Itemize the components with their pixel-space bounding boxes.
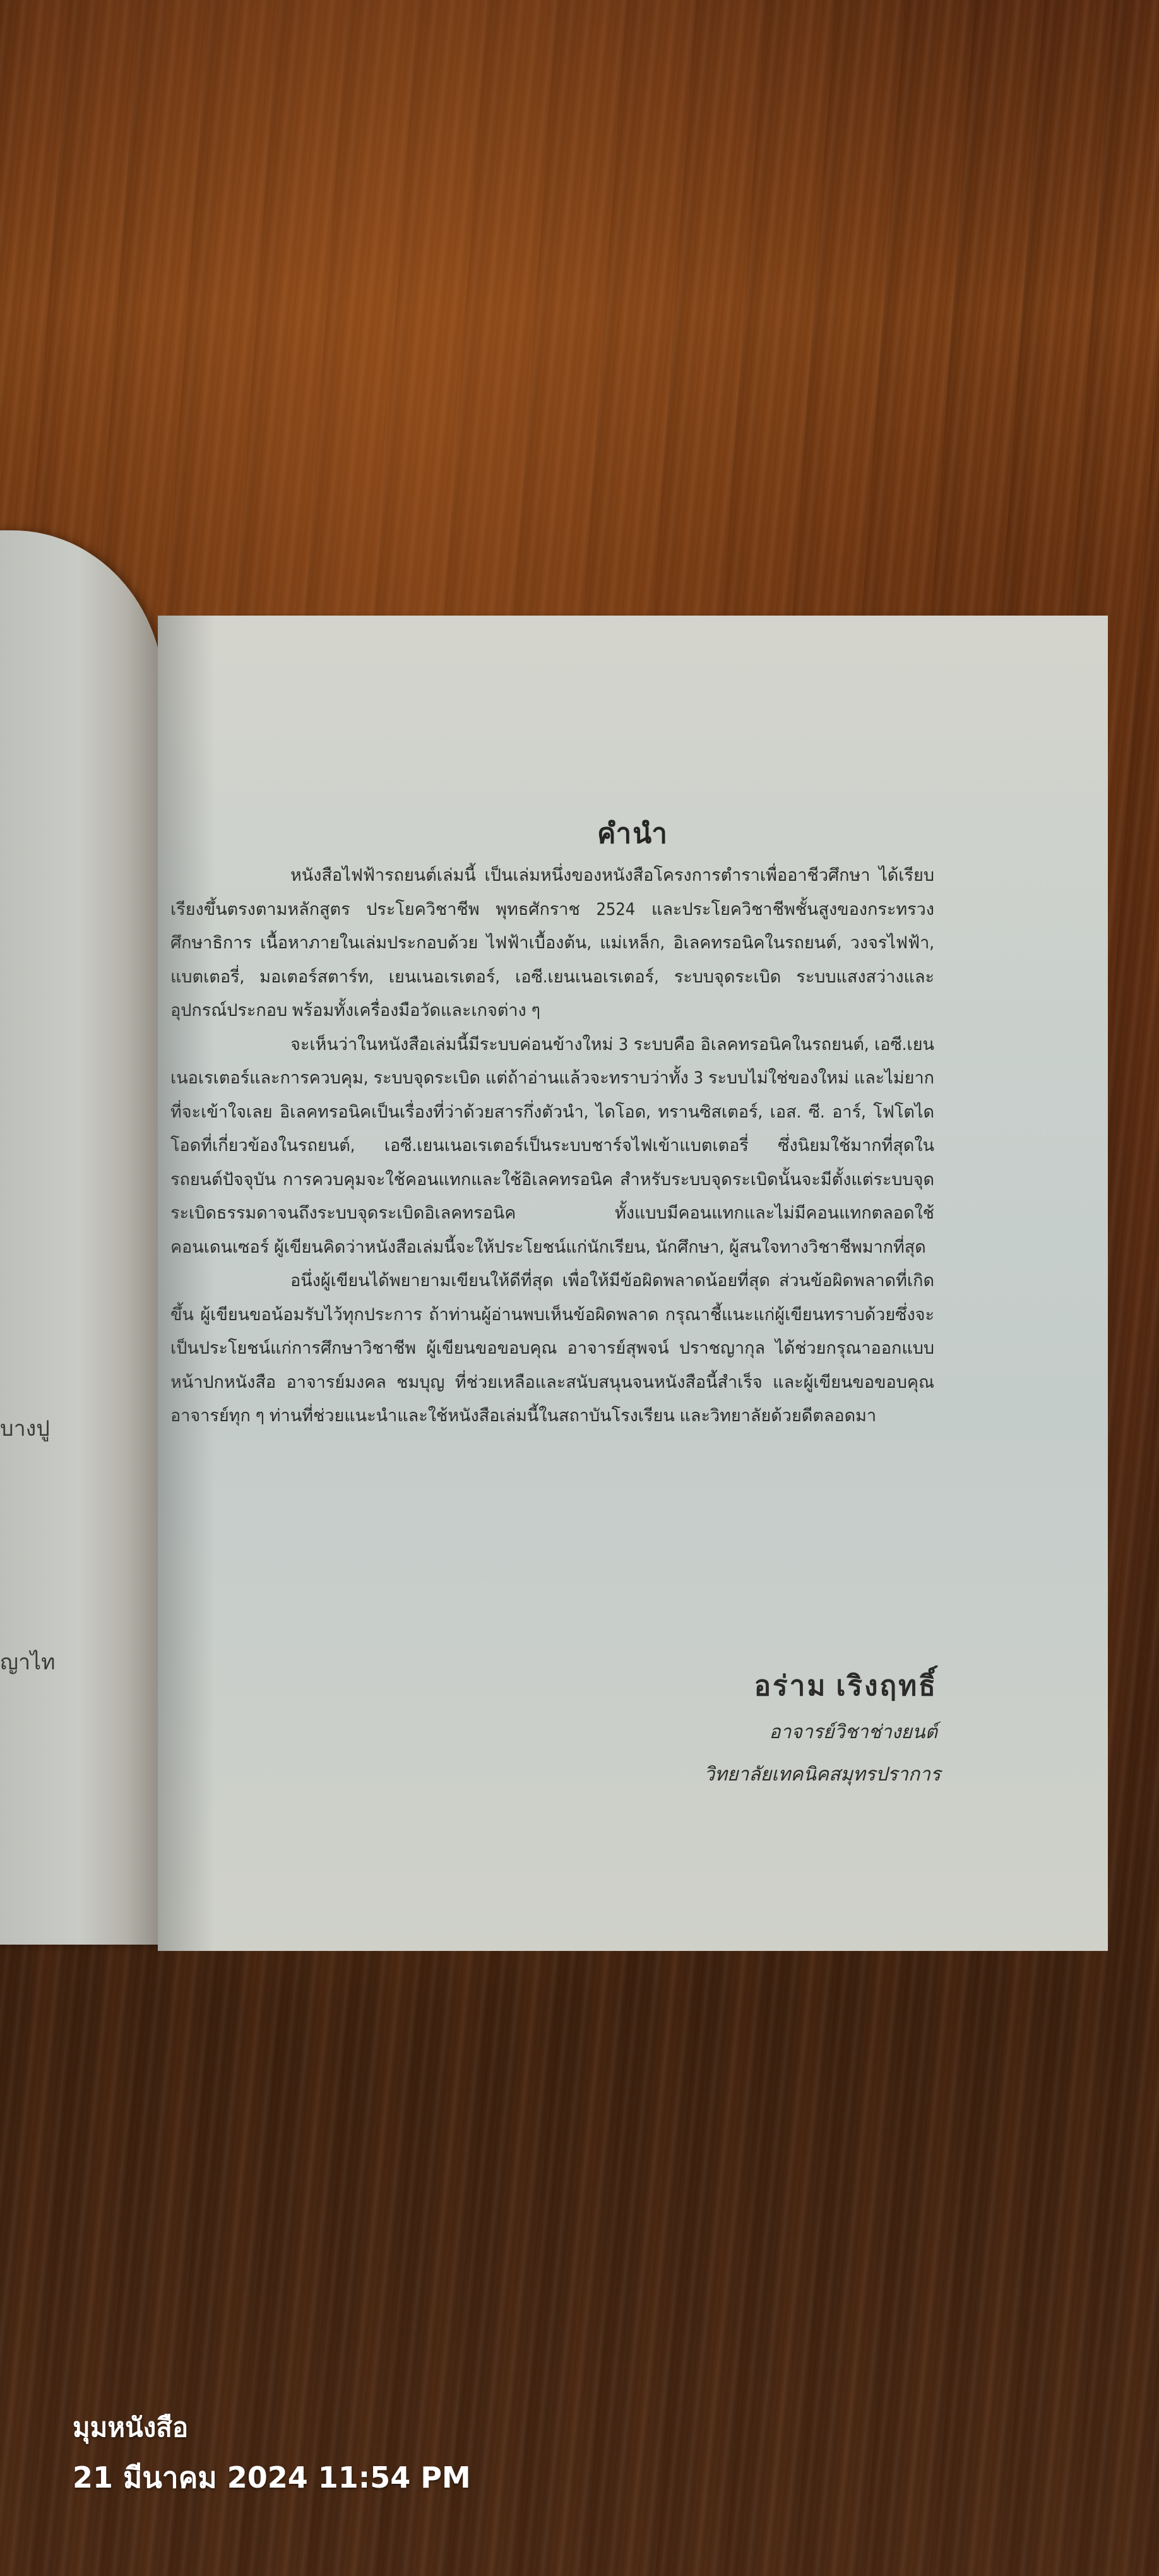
preface-paragraph-1: หนังสือไฟฟ้ารถยนต์เล่มนี้ เป็นเล่มหนึ่งข…	[170, 859, 934, 1028]
author-role: อาจารย์วิชาช่างยนต์	[770, 1717, 937, 1747]
preface-paragraph-3: อนึ่งผู้เขียนได้พยายามเขียนให้ดีที่สุด เ…	[170, 1264, 934, 1433]
left-page-fragment: บางปู	[0, 1411, 50, 1445]
author-institution: วิทยาลัยเทคนิคสมุทรปราการ	[704, 1760, 941, 1789]
page-title: คำนำ	[158, 811, 1108, 856]
book-page: คำนำ หนังสือไฟฟ้ารถยนต์เล่มนี้ เป็นเล่มห…	[158, 616, 1108, 1951]
preface-body: หนังสือไฟฟ้ารถยนต์เล่มนี้ เป็นเล่มหนึ่งข…	[170, 859, 934, 1433]
watermark-label: มุมหนังสือ	[73, 2407, 188, 2448]
left-page-fragment: ญาไท	[0, 1645, 56, 1679]
page-gutter-shadow	[158, 616, 215, 1951]
photo-timestamp: 21 มีนาคม 2024 11:54 PM	[73, 2455, 471, 2501]
author-name: อร่าม เริงฤทธิ์	[754, 1664, 937, 1708]
left-facing-page: บางปู ญาไท	[0, 530, 164, 1945]
preface-paragraph-2: จะเห็นว่าในหนังสือเล่มนี้มีระบบค่อนข้างใ…	[170, 1028, 934, 1265]
